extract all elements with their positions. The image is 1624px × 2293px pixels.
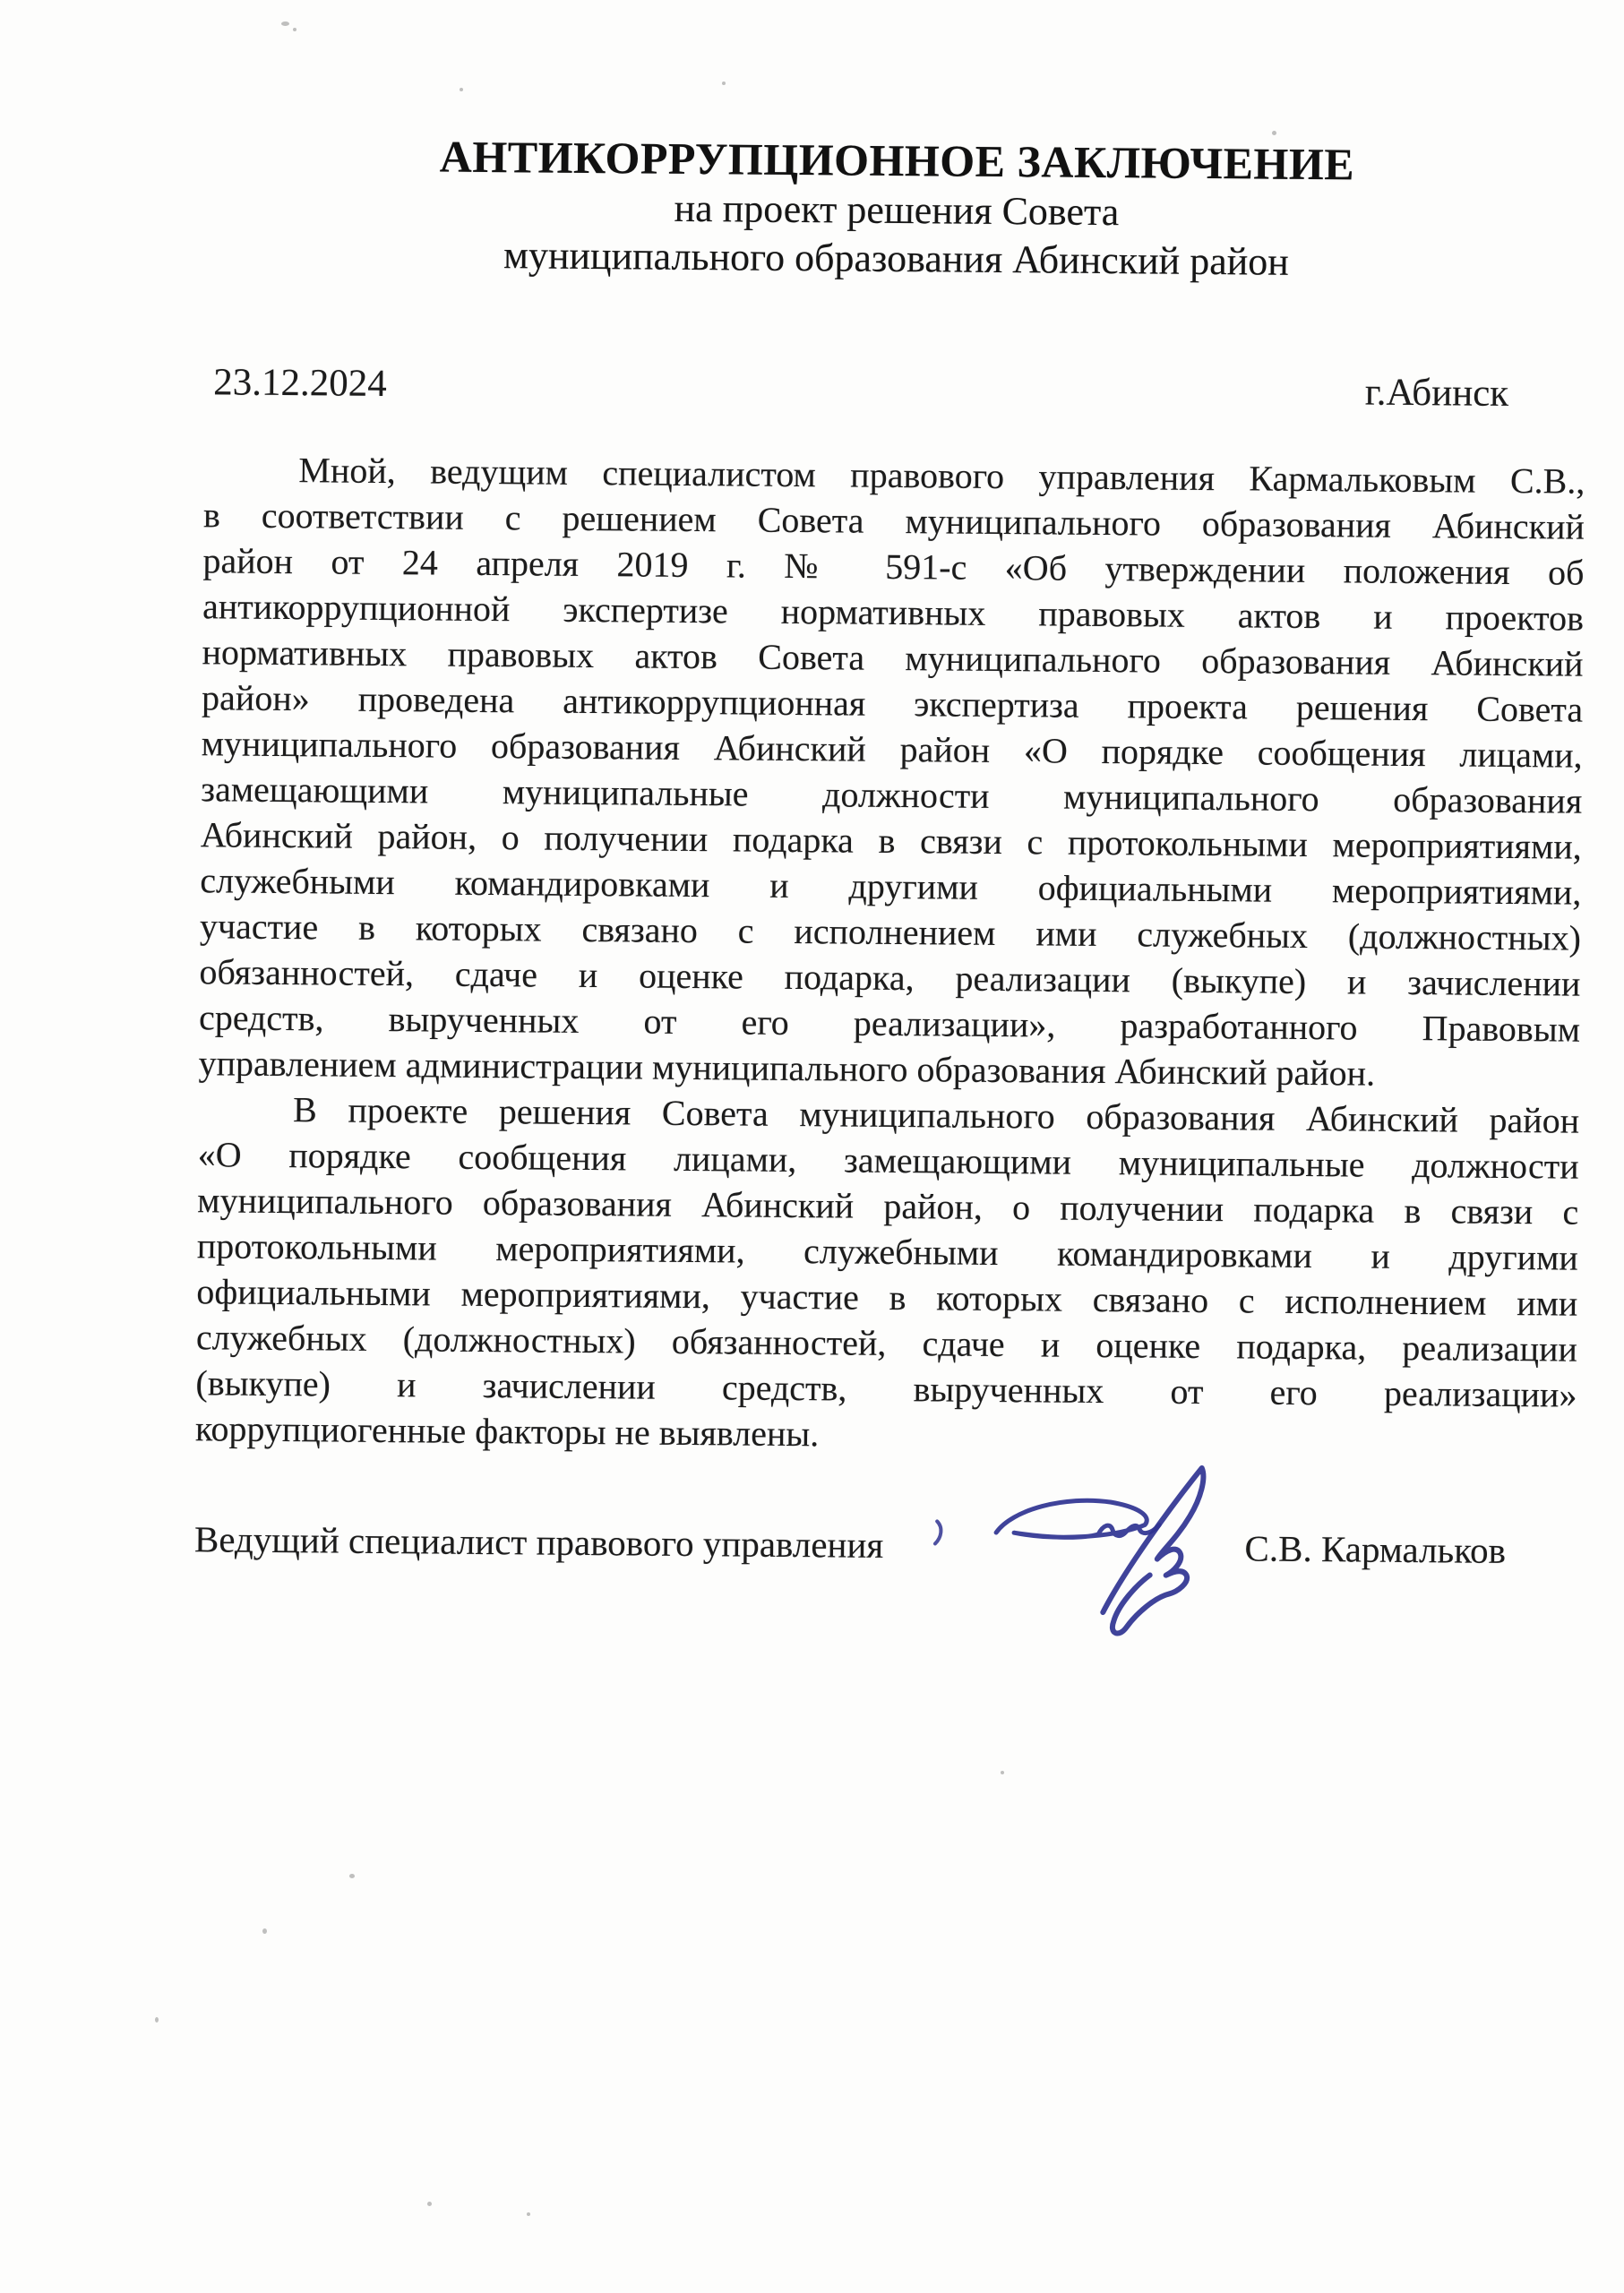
document-page: АНТИКОРРУПЦИОННОЕ ЗАКЛЮЧЕНИЕ на проект р… — [0, 0, 1624, 2293]
scan-speckle — [527, 2212, 530, 2216]
signer-name: С.В. Кармальков — [1244, 1524, 1506, 1574]
document-place: г.Абинск — [1365, 370, 1509, 417]
date-place-row: 23.12.2024 г.Абинск — [204, 359, 1585, 417]
scan-speckle — [1001, 1771, 1004, 1774]
scan-speckle — [349, 1874, 355, 1878]
scan-speckle — [281, 21, 289, 26]
scan-speckle — [460, 88, 463, 91]
scan-speckle — [427, 2202, 432, 2206]
signature-row: Ведущий специалист правового управления … — [194, 1516, 1576, 1574]
handwritten-signature — [931, 1453, 1219, 1662]
scan-speckle — [722, 82, 726, 85]
scan-speckle — [262, 1928, 267, 1934]
scan-speckle — [1272, 131, 1276, 135]
scan-speckle — [155, 2017, 159, 2022]
signature-stroke-flourish — [996, 1499, 1159, 1538]
body-paragraph-2: В проекте решения Совета муниципального … — [195, 1086, 1580, 1463]
scan-speckle — [293, 28, 296, 31]
title-block: АНТИКОРРУПЦИОННОЕ ЗАКЛЮЧЕНИЕ на проект р… — [205, 128, 1587, 288]
body-paragraph-1: Мной, ведущим специалистом правового упр… — [198, 446, 1585, 1097]
document-content: АНТИКОРРУПЦИОННОЕ ЗАКЛЮЧЕНИЕ на проект р… — [194, 0, 1589, 1575]
signature-stroke-tail — [935, 1521, 941, 1543]
signature-position-label: Ведущий специалист правового управления — [194, 1516, 884, 1568]
signature-stroke-diagonal — [1103, 1467, 1203, 1634]
document-date: 23.12.2024 — [213, 359, 387, 408]
